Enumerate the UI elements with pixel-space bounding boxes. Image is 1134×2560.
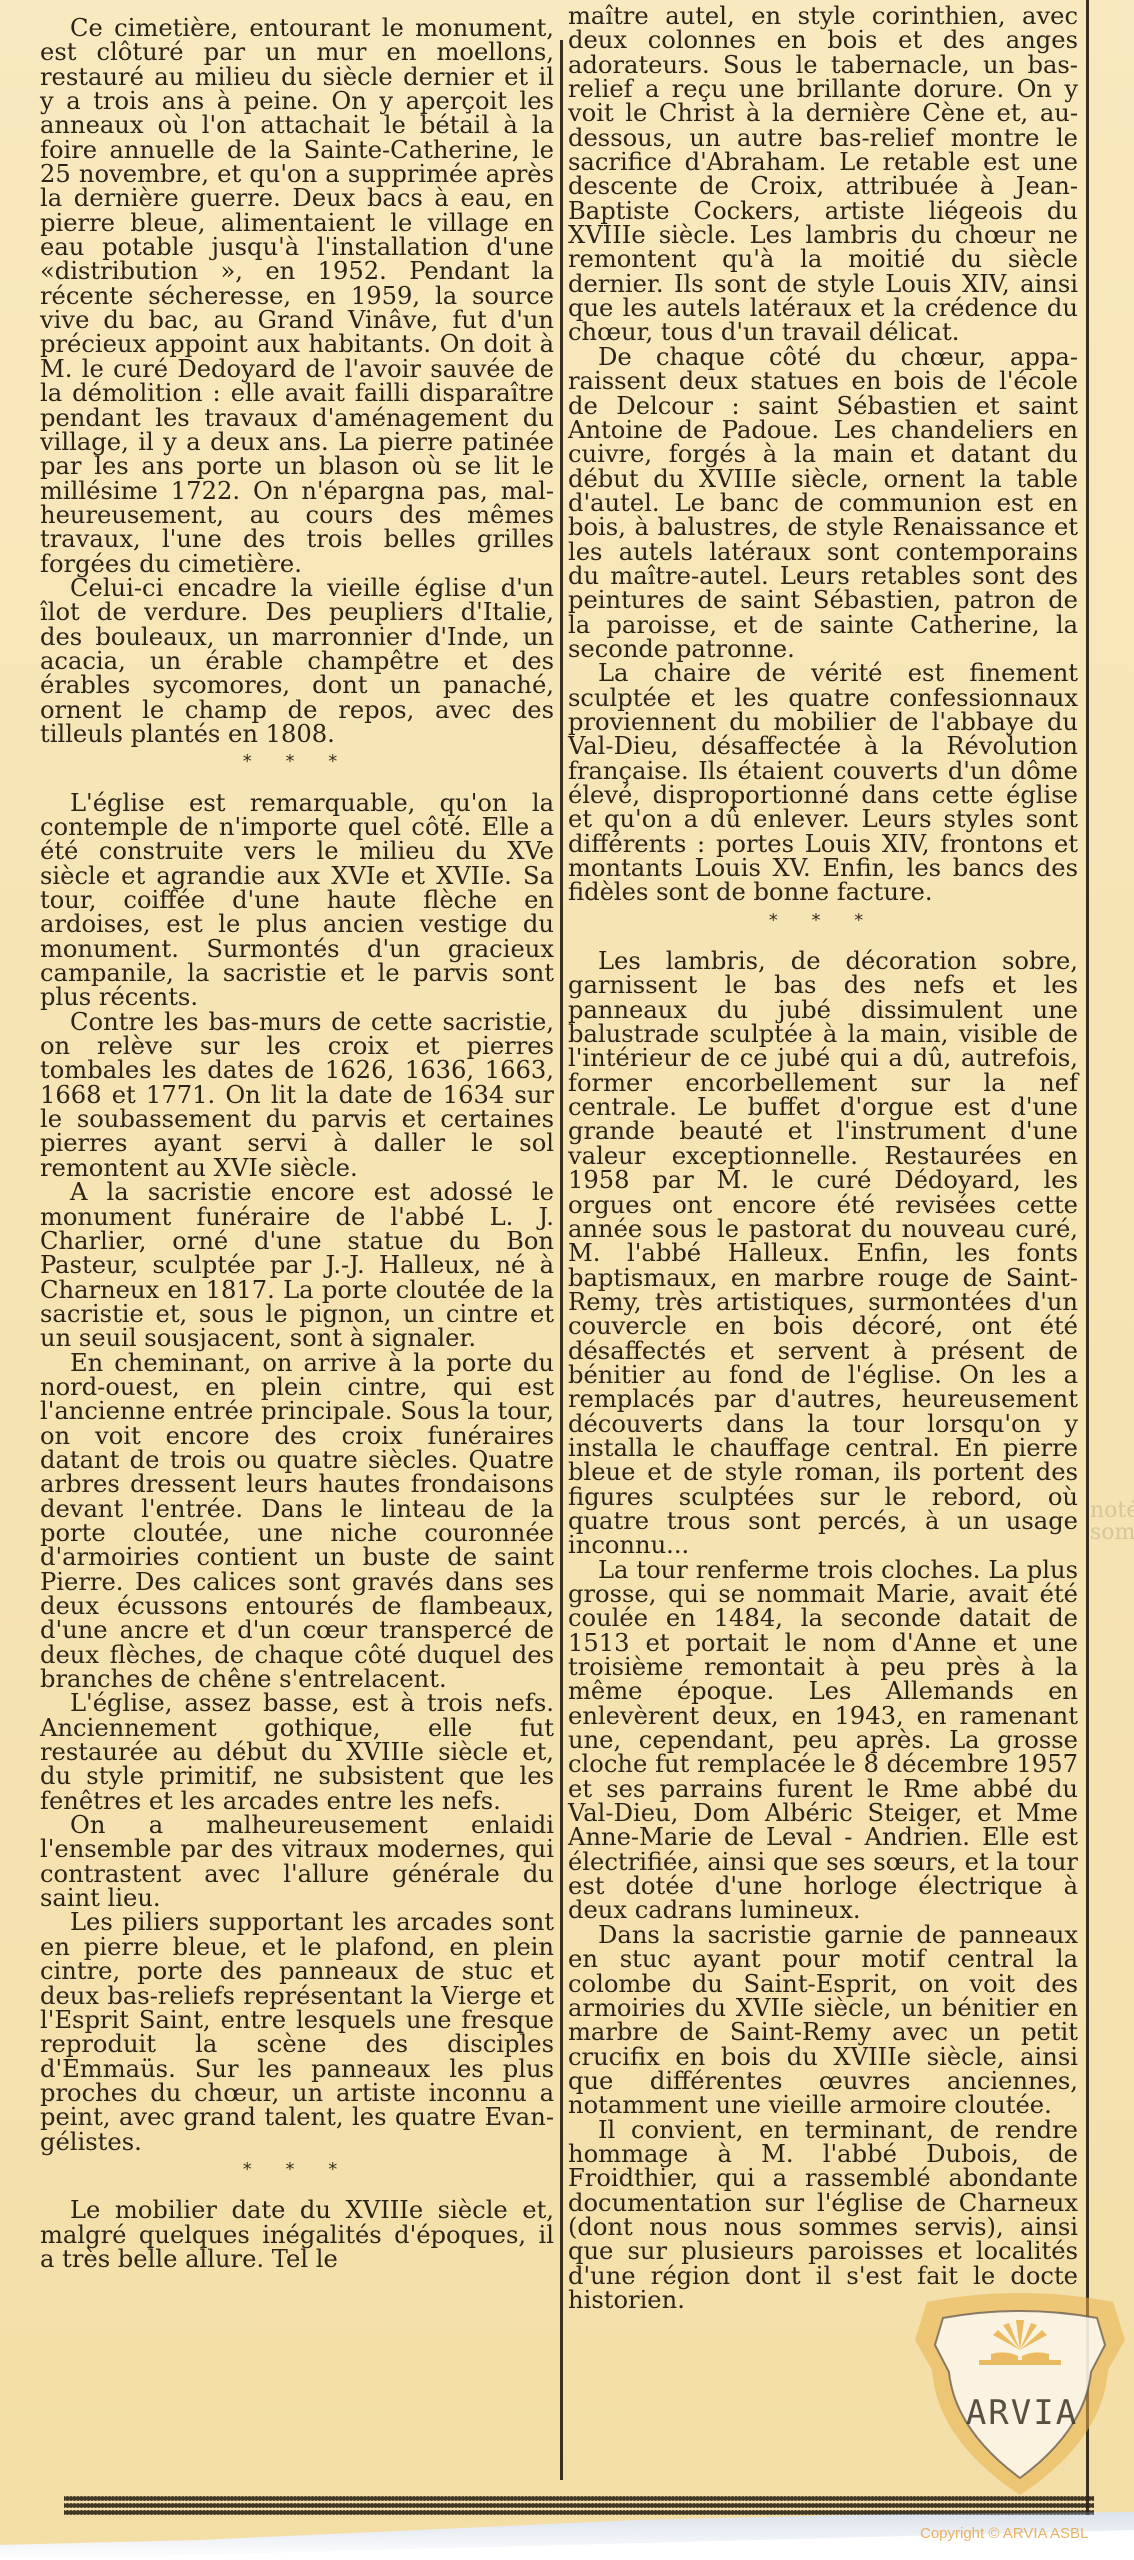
- paragraph-furniture-intro: Le mobilier date du XVIIIe siècle et, ma…: [40, 2198, 554, 2271]
- paragraph-sacristy: Dans la sacristie garnie de pan­neaux en…: [568, 1923, 1078, 2118]
- paragraph-pulpit-confessionals: La chaire de vérité est finement sculpté…: [568, 661, 1078, 904]
- paragraph-panelling-organ: Les lambris, de décoration sobre, garnis…: [568, 949, 1078, 1558]
- paragraph-main-altar: maître autel, en style corinthien, avec …: [568, 4, 1078, 345]
- paragraph-bells: La tour renferme trois cloches. La plus …: [568, 1558, 1078, 1923]
- paragraph-three-naves: L'église, assez basse, est à trois nefs.…: [40, 1691, 554, 1813]
- section-separator: * * *: [568, 909, 1078, 933]
- section-separator: * * *: [40, 2158, 554, 2182]
- left-column: Ce cimetière, entourant le monu­ment, es…: [40, 16, 554, 2271]
- copyright-notice: Copyright © ARVIA ASBL: [920, 2525, 1088, 2542]
- paragraph-tomb-dates: Contre les bas-murs de cette sa­cristie,…: [40, 1010, 554, 1180]
- watermark-logo-text: ARVIA: [947, 2393, 1097, 2433]
- column-divider-rule: [560, 40, 563, 2480]
- bleed-through-text: notés sommc: [1090, 1500, 1134, 1560]
- paragraph-greenery: Celui-ci encadre la vieille église d'un …: [40, 576, 554, 746]
- right-column: maître autel, en style corinthien, avec …: [568, 4, 1078, 2312]
- paragraph-acknowledgement: Il convient, en terminant, de ren­dre ho…: [568, 2118, 1078, 2313]
- paragraph-funerary-monument: A la sacristie encore est adossé le monu…: [40, 1180, 554, 1350]
- paragraph-northwest-door: En cheminant, on arrive à la porte du no…: [40, 1351, 554, 1692]
- right-border-rule: [1086, 0, 1089, 2515]
- paragraph-choir-statues: De chaque côté du chœur, appa­raissent d…: [568, 345, 1078, 661]
- paragraph-cemetery-wall: Ce cimetière, entourant le monu­ment, es…: [40, 16, 554, 576]
- paragraph-church-history: L'église est remarquable, qu'on la conte…: [40, 791, 554, 1010]
- section-separator: * * *: [40, 750, 554, 774]
- paragraph-pillars-ceiling: Les piliers supportant les arcades sont …: [40, 1910, 554, 2153]
- paragraph-stained-glass: On a malheureusement enlaidi l'ensemble …: [40, 1813, 554, 1910]
